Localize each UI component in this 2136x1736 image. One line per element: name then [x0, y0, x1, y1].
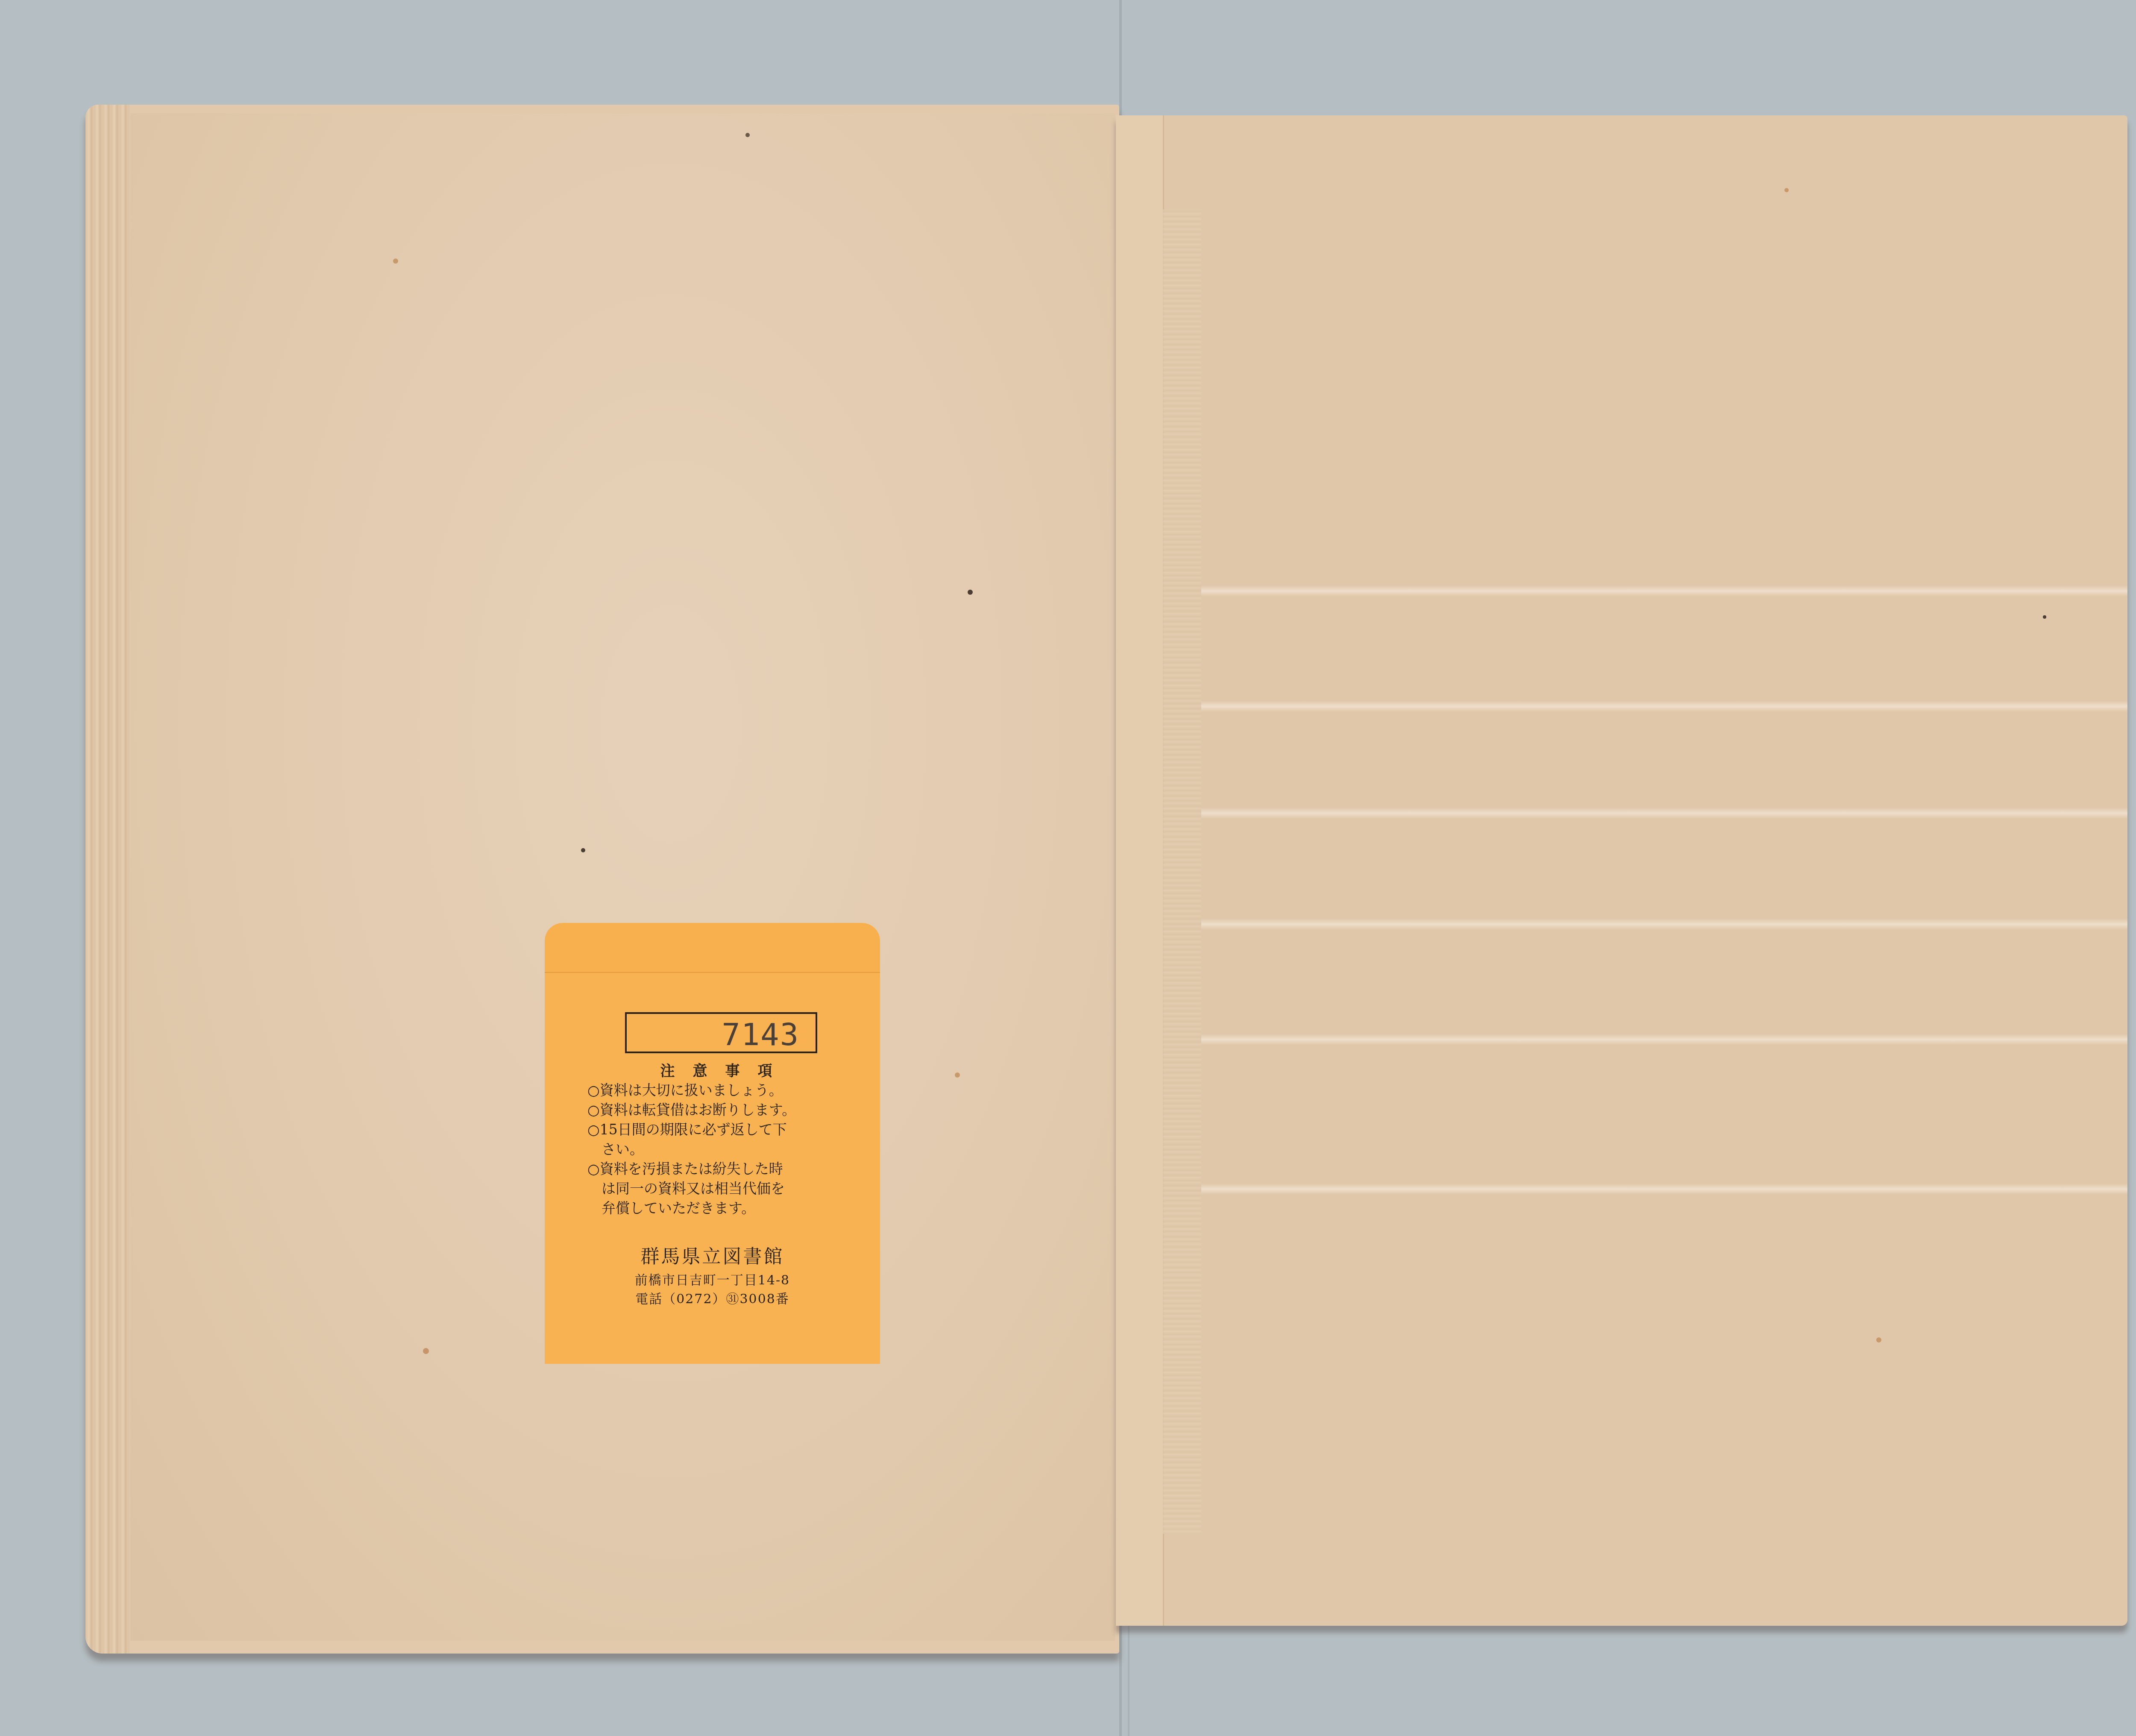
right-page	[1116, 115, 2127, 1626]
card-number-box: 7143	[625, 1012, 817, 1053]
paper-crease	[1201, 1184, 2127, 1195]
notice-title: 注意事項	[545, 1059, 893, 1080]
library-address: 前橋市日吉町一丁目14-8	[545, 1269, 880, 1288]
pocket-front: 7143 注意事項 ○資料は大切に扱いましょう。 ○資料は転貸借はお断りします。…	[545, 972, 880, 1364]
left-page: 7143 注意事項 ○資料は大切に扱いましょう。 ○資料は転貸借はお断りします。…	[85, 105, 1119, 1654]
foxing-spot	[581, 848, 585, 852]
paper-crease	[1201, 808, 2127, 819]
foxing-spot	[423, 1348, 429, 1354]
page-edges	[85, 105, 130, 1654]
paper-crease	[1201, 1034, 2127, 1045]
notice-list: ○資料は大切に扱いましょう。 ○資料は転貸借はお断りします。 ○15日間の期限に…	[587, 1081, 844, 1218]
paper-crease	[1201, 585, 2127, 596]
foxing-spot	[1784, 188, 1789, 192]
gutter-strip	[1116, 115, 1164, 1626]
background-seam-bottom	[1128, 1624, 1130, 1736]
card-number: 7143	[722, 1016, 799, 1052]
notice-item: ○資料は大切に扱いましょう。	[587, 1081, 844, 1100]
foxing-spot	[1876, 1337, 1881, 1342]
foxing-spot	[745, 133, 750, 137]
paper-crease	[1201, 919, 2127, 930]
foxing-spot	[955, 1072, 960, 1078]
foxing-spot	[2043, 615, 2046, 619]
library-name: 群馬県立図書館	[545, 1241, 880, 1269]
library-book-pocket: 7143 注意事項 ○資料は大切に扱いましょう。 ○資料は転貸借はお断りします。…	[545, 923, 880, 1363]
inside-back-cover	[130, 113, 1115, 1641]
library-phone: 電話（0272）㉛3008番	[545, 1288, 880, 1307]
spine-gauze	[1163, 209, 1201, 1534]
notice-item: ○資料を汚損または紛失した時 は同一の資料又は相当代価を 弁償していただきます。	[587, 1159, 844, 1218]
foxing-spot	[393, 258, 398, 264]
notice-item: ○資料は転貸借はお断りします。	[587, 1100, 844, 1120]
paper-crease	[1201, 701, 2127, 712]
foxing-spot	[968, 590, 973, 595]
notice-item: ○15日間の期限に必ず返して下 さい。	[587, 1120, 844, 1159]
